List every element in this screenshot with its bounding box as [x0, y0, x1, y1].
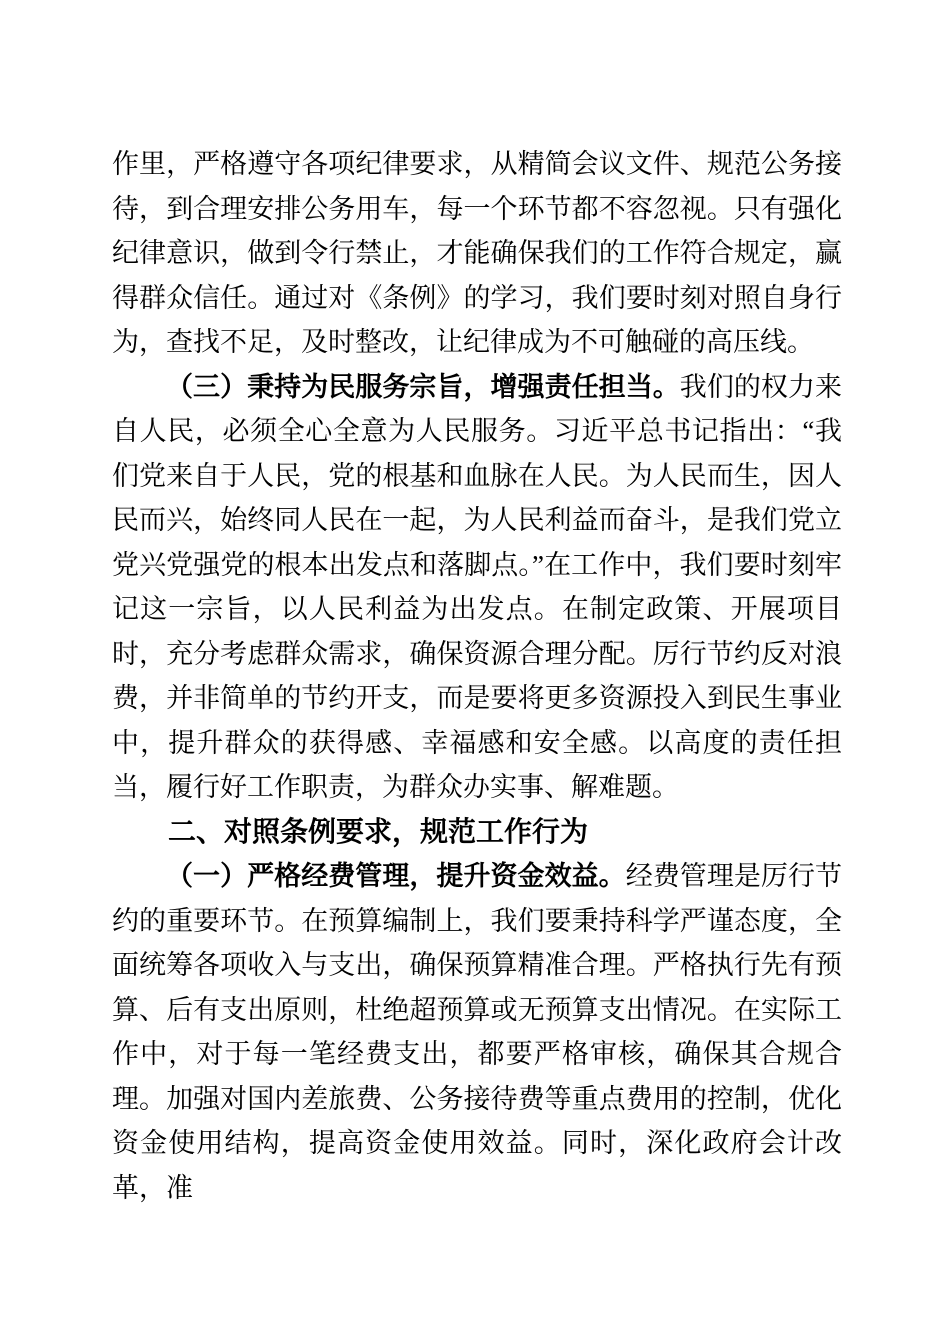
paragraph-text: 作里，严格遵守各项纪律要求，从精简会议文件、规范公务接待，到合理安排公务用车，每… [112, 149, 842, 357]
paragraph-lead-bold: （一）严格经费管理，提升资金效益。 [166, 861, 626, 891]
paragraph-text: 经费管理是厉行节约的重要环节。在预算编制上，我们要秉持科学严谨态度，全面统筹各项… [112, 861, 842, 1203]
paragraph-text: 我们的权力来自人民，必须全心全意为人民服务。习近平总书记指出：“我们党来自于人民… [112, 372, 842, 803]
section-heading-two: 二、对照条例要求，规范工作行为 [112, 810, 842, 855]
paragraph-section-one: （一）严格经费管理，提升资金效益。经费管理是厉行节约的重要环节。在预算编制上，我… [112, 854, 842, 1210]
paragraph-section-three: （三）秉持为民服务宗旨，增强责任担当。我们的权力来自人民，必须全心全意为人民服务… [112, 365, 842, 810]
paragraph-discipline-continuation: 作里，严格遵守各项纪律要求，从精简会议文件、规范公务接待，到合理安排公务用车，每… [112, 142, 842, 365]
document-page: 作里，严格遵守各项纪律要求，从精简会议文件、规范公务接待，到合理安排公务用车，每… [0, 0, 950, 1344]
section-heading-text: 二、对照条例要求，规范工作行为 [168, 816, 588, 847]
paragraph-lead-bold: （三）秉持为民服务宗旨，增强责任担当。 [166, 372, 680, 402]
